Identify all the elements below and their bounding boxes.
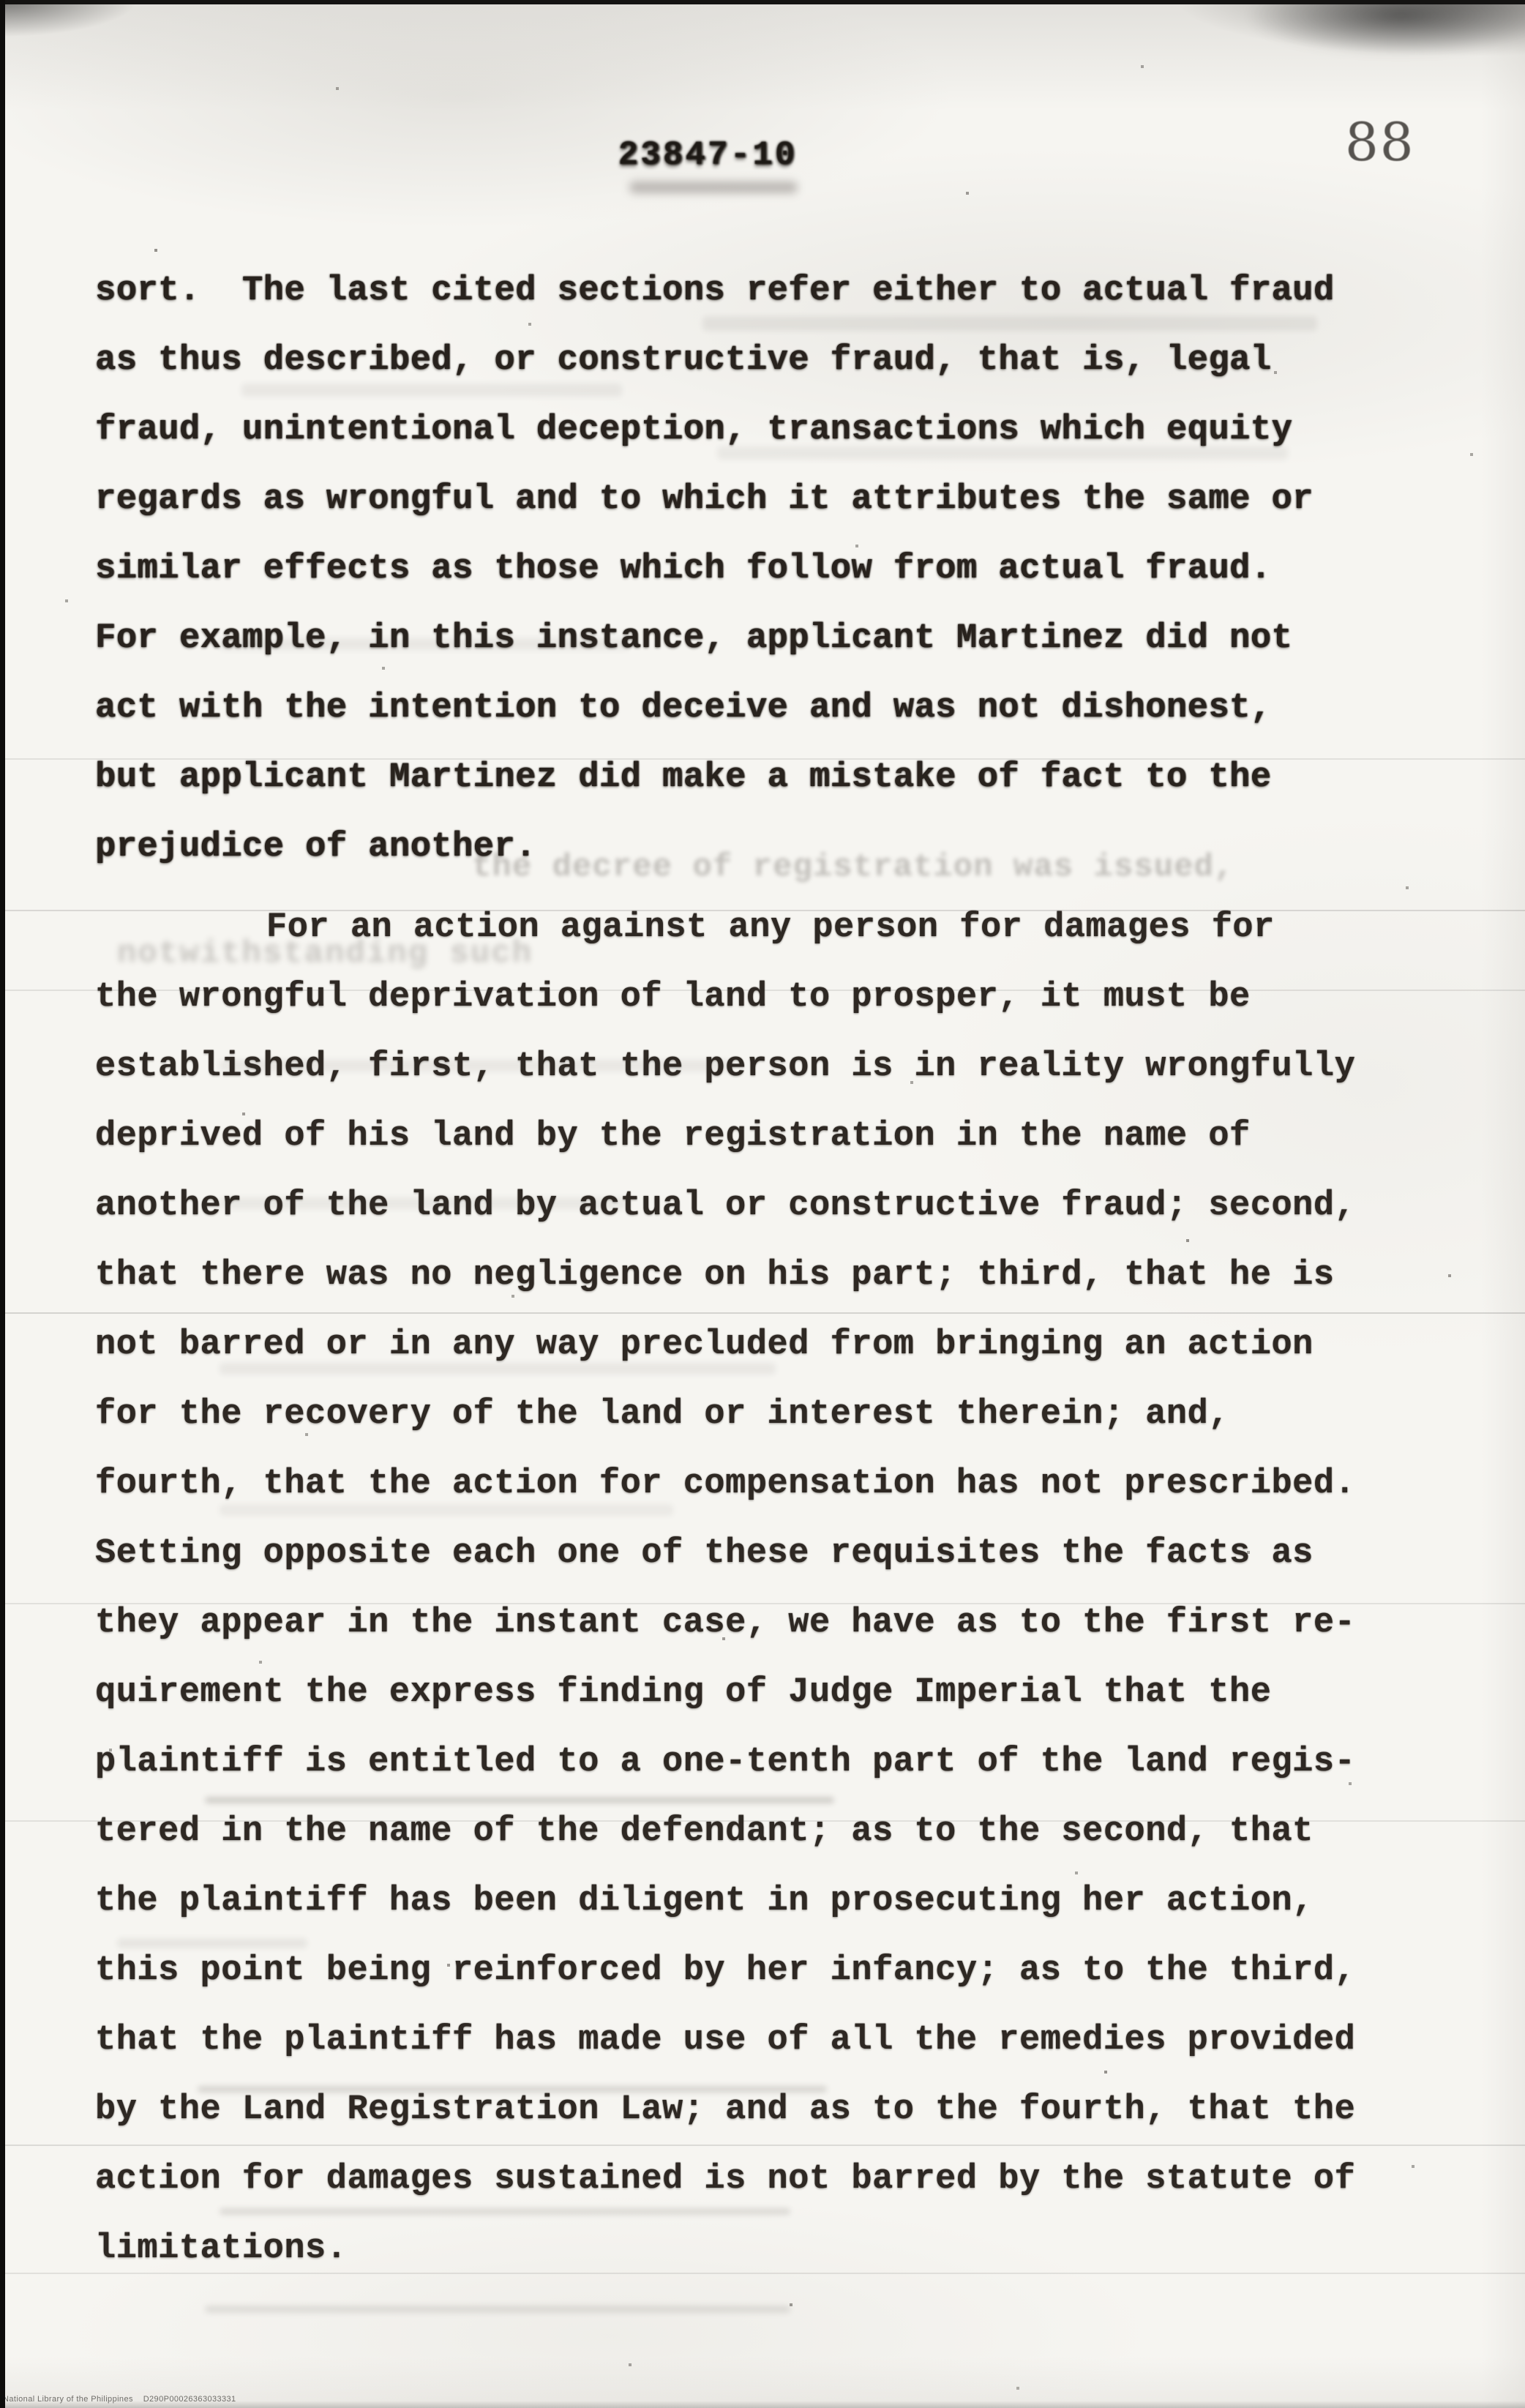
scan-edge-top	[0, 0, 1525, 4]
text-line: For example, in this instance, applicant…	[95, 604, 1383, 673]
text-line: that there was no negligence on his part…	[95, 1241, 1383, 1310]
text-line: that the plaintiff has made use of all t…	[95, 2005, 1383, 2075]
text-line: plaintiff is entitled to a one-tenth par…	[95, 1727, 1383, 1797]
scan-corner-shadow	[1247, 0, 1525, 56]
text-line: fourth, that the action for compensation…	[95, 1449, 1383, 1519]
text-line: but applicant Martinez did make a mistak…	[95, 743, 1383, 812]
ink-smudge	[205, 2306, 790, 2313]
text-line: quirement the express finding of Judge I…	[95, 1658, 1383, 1727]
paragraph-2: For an action against any person for dam…	[95, 893, 1383, 2284]
text-line: they appear in the instant case, we have…	[95, 1588, 1383, 1658]
text-line: Setting opposite each one of these requi…	[95, 1519, 1383, 1588]
text-line: regards as wrongful and to which it attr…	[95, 465, 1383, 534]
text-line: not barred or in any way precluded from …	[95, 1310, 1383, 1380]
text-line: tered in the name of the defendant; as t…	[95, 1797, 1383, 1866]
document-body: sort. The last cited sections refer eith…	[95, 256, 1383, 2284]
text-line: action for damages sustained is not barr…	[95, 2145, 1383, 2214]
text-line: sort. The last cited sections refer eith…	[95, 256, 1383, 326]
text-line: limitations.	[95, 2214, 1383, 2284]
paragraph-1: sort. The last cited sections refer eith…	[95, 256, 1383, 882]
text-line: the wrongful deprivation of land to pros…	[95, 962, 1383, 1032]
library-watermark: National Library of the Philippines D290…	[3, 2395, 236, 2404]
text-line: deprived of his land by the registration…	[95, 1102, 1383, 1171]
page-number: 88	[1345, 111, 1415, 173]
text-line: this point being reinforced by her infan…	[95, 1936, 1383, 2005]
ink-smudge	[629, 182, 798, 193]
text-line: the plaintiff has been diligent in prose…	[95, 1866, 1383, 1936]
text-line: act with the intention to deceive and wa…	[95, 673, 1383, 743]
scan-edge-left	[0, 0, 5, 2408]
text-line: by the Land Registration Law; and as to …	[95, 2075, 1383, 2145]
text-line: fraud, unintentional deception, transact…	[95, 395, 1383, 465]
document-number: 23847-10	[618, 136, 798, 174]
text-line: For an action against any person for dam…	[95, 893, 1383, 962]
text-line: established, first, that the person is i…	[95, 1032, 1383, 1102]
text-line: for the recovery of the land or interest…	[95, 1380, 1383, 1449]
text-line: as thus described, or constructive fraud…	[95, 326, 1383, 395]
text-line: another of the land by actual or constru…	[95, 1171, 1383, 1241]
text-line: prejudice of another.	[95, 812, 1383, 882]
text-line: similar effects as those which follow fr…	[95, 534, 1383, 604]
